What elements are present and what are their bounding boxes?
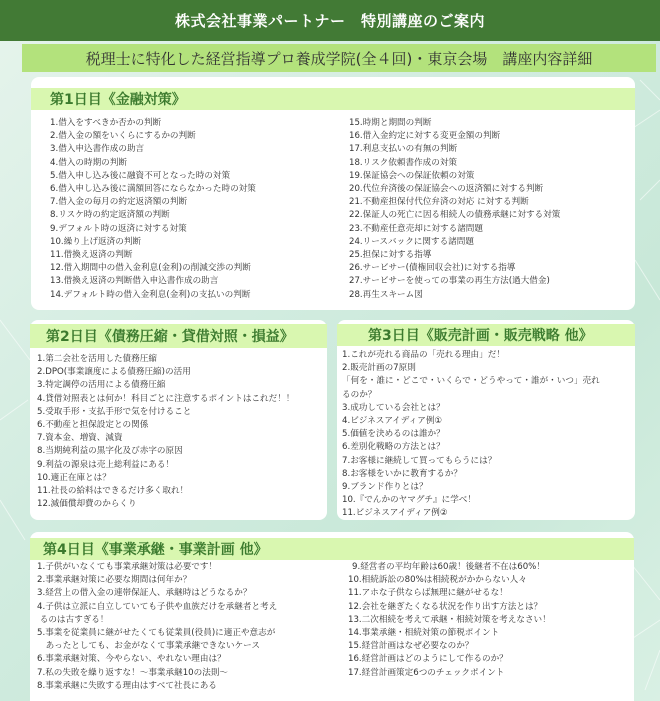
list-item: 12.会社を継ぎたくなる状況を作り出す方法とは？: [348, 601, 551, 614]
day1-list-right: 15.時期と期間の判断 16.借入金約定に対する変更金額の判断 17.利息支払い…: [349, 117, 560, 302]
list-item: 11.ビジネスアイディア例②: [342, 507, 600, 520]
list-item: 6.不動産と担保設定との関係: [37, 419, 294, 432]
list-item: 13.借換え返済の判断借入申込書作成の助言: [50, 275, 256, 288]
list-item: 18.リスク依頼書作成の対策: [349, 157, 560, 170]
list-item: 9.利益の源泉は売上総利益にある！: [37, 459, 294, 472]
list-item: 2.DPO(事業譲度による債務圧縮)の活用: [37, 366, 294, 379]
list-item: 6.事業承継対策、今やらない、やれない理由は？: [37, 653, 277, 666]
day4-list-left: 1.子供がいなくても事業承継対策は必要です！ 2.事業承継対策に必要な期間は何年…: [37, 561, 277, 693]
list-item: 7.資本金、増資、減資: [37, 432, 294, 445]
header-title: 株式会社事業パートナー 特別講座のご案内: [175, 10, 485, 31]
list-item: 1.子供がいなくても事業承継対策は必要です！: [37, 561, 277, 574]
day1-list-left: 1.借入をすべきか否かの判断 2.借入金の額をいくらにするかの判断 3.借入申込…: [50, 117, 256, 302]
list-item: 22.保証人の死亡に因る相続人の債務承継に対する対策: [349, 209, 560, 222]
list-item: 11.社長の給料はできるだけ多く取れ！: [37, 485, 294, 498]
list-item: 3.成功している会社とは？: [342, 402, 600, 415]
list-item: 12.減価償却費のからくり: [37, 498, 294, 511]
list-item: 6.差別化戦略の方法とは？: [342, 441, 600, 454]
list-item: 15.時期と期間の判断: [349, 117, 560, 130]
list-item: るのは古すぎる！: [37, 614, 277, 627]
list-item: 16.借入金約定に対する変更金額の判断: [349, 130, 560, 143]
day4-title-bar: 第4日目《事業承継・事業計画 他》: [30, 538, 634, 560]
list-item: 24.リースバックに関する諸問題: [349, 236, 560, 249]
day3-title: 第3日目《販売計画・販売戦略 他》: [368, 325, 593, 345]
list-item: 1.借入をすべきか否かの判断: [50, 117, 256, 130]
day4-list-right: 9.経営者の平均年齢は60歳！後継者不在は60%！ 10.相続訴訟の80%は相続…: [348, 561, 551, 680]
day1-title: 第1日目《金融対策》: [50, 89, 186, 109]
list-item: るのか？: [342, 389, 600, 402]
list-item: 26.サービサー(債権回収会社)に対する指導: [349, 262, 560, 275]
list-item: 8.事業承継に失敗する理由はすべて社長にある: [37, 680, 277, 693]
list-item: 5.受取手形・支払手形で気を付けること: [37, 406, 294, 419]
list-item: 16.経営計画はどのようにして作るのか？: [348, 653, 551, 666]
list-item: 10.『でんかのヤマグチ』に学べ！: [342, 494, 600, 507]
list-item: 21.不動産担保付代位弁済の対応 に対する判断: [349, 196, 560, 209]
list-item: 15.経営計画はなぜ必要なのか？: [348, 640, 551, 653]
day3-card: 第3日目《販売計画・販売戦略 他》 1.これが売れる商品の「売れる理由」だ！ 2…: [337, 320, 635, 520]
course-subtitle: 税理士に特化した経営指導プロ養成学院(全４回)・東京会場 講座内容詳細: [86, 48, 593, 69]
list-item: 1.第二会社を活用した債務圧縮: [37, 353, 294, 366]
list-item: 3.借入申込書作成の助言: [50, 143, 256, 156]
day3-list: 1.これが売れる商品の「売れる理由」だ！ 2.販売計画の7原則 「何を・誰に・ど…: [342, 349, 600, 521]
day4-title: 第4日目《事業承継・事業計画 他》: [43, 539, 268, 559]
list-item: 2.借入金の額をいくらにするかの判断: [50, 130, 256, 143]
list-item: 17.経営計画策定6つのチェックポイント: [348, 667, 551, 680]
list-item: 8.リスケ時の約定返済額の判断: [50, 209, 256, 222]
list-item: 5.価値を決めるのは誰か？: [342, 428, 600, 441]
day4-card: 第4日目《事業承継・事業計画 他》 1.子供がいなくても事業承継対策は必要です！…: [30, 532, 634, 701]
list-item: 10.適正在庫とは？: [37, 472, 294, 485]
page-header: 株式会社事業パートナー 特別講座のご案内: [0, 0, 660, 41]
day3-title-bar: 第3日目《販売計画・販売戦略 他》: [337, 324, 635, 346]
list-item: 14.事業承継・相続対策の節税ポイント: [348, 627, 551, 640]
list-item: 8.当期純利益の黒字化及び赤字の原因: [37, 445, 294, 458]
list-item: 13.二次相続を考えて承継・相続対策を考えなさい！: [348, 614, 551, 627]
day2-title: 第2日目《債務圧縮・貸借対照・損益》: [46, 326, 294, 346]
list-item: 1.これが売れる商品の「売れる理由」だ！: [342, 349, 600, 362]
list-item: 4.貸借対照表とは何か！科目ごとに注意するポイントはこれだ！！: [37, 393, 294, 406]
day2-card: 第2日目《債務圧縮・貸借対照・損益》 1.第二会社を活用した債務圧縮 2.DPO…: [30, 320, 327, 520]
list-item: 9.デフォルト時の返済に対する対策: [50, 223, 256, 236]
list-item: 3.経営上の借入金の連帯保証人、承継時はどうなるか？: [37, 587, 277, 600]
list-item: 20.代位弁済後の保証協会への返済額に対する判断: [349, 183, 560, 196]
list-item: 11.借換え返済の判断: [50, 249, 256, 262]
list-item: 9.経営者の平均年齢は60歳！後継者不在は60%！: [348, 561, 551, 574]
list-item: 6.借入申し込み後に満額回答にならなかった時の対策: [50, 183, 256, 196]
day1-card: 第1日目《金融対策》 1.借入をすべきか否かの判断 2.借入金の額をいくらにする…: [31, 77, 635, 310]
list-item: 2.販売計画の7原則: [342, 362, 600, 375]
list-item: 5.事業を従業員に継がせたくても従業員(役員)に適正や意志が: [37, 627, 277, 640]
day1-title-bar: 第1日目《金融対策》: [31, 88, 635, 110]
course-subtitle-banner: 税理士に特化した経営指導プロ養成学院(全４回)・東京会場 講座内容詳細: [22, 44, 656, 72]
list-item: 7.私の失敗を繰り返すな！～事業承継10の法則～: [37, 667, 277, 680]
list-item: 25.担保に対する指導: [349, 249, 560, 262]
list-item: 10.相続訴訟の80%は相続税がかからない人々: [348, 574, 551, 587]
list-item: 17.利息支払いの有無の判断: [349, 143, 560, 156]
list-item: 3.特定調停の活用による債務圧縮: [37, 379, 294, 392]
list-item: 4.子供は立派に自立していても子供や血族だけを承継者と考え: [37, 601, 277, 614]
list-item: 23.不動産任意売却に対する諸問題: [349, 223, 560, 236]
list-item: 27.サービサーを使っての事業の再生方法(過大借金): [349, 275, 560, 288]
list-item: 4.ビジネスアイディア例①: [342, 415, 600, 428]
list-item: 2.事業承継対策に必要な期間は何年か？: [37, 574, 277, 587]
list-item: あったとしても、お金がなくて事業承継できないケース: [37, 640, 277, 653]
list-item: 10.繰り上げ返済の判断: [50, 236, 256, 249]
list-item: 11.アホな子供ならば無理に継がせるな！: [348, 587, 551, 600]
list-item: 「何を・誰に・どこで・いくらで・どうやって・誰が・いつ」売れ: [342, 375, 600, 388]
list-item: 14.デフォルト時の借入金利息(金利)の支払いの判断: [50, 289, 256, 302]
list-item: 28.再生スキーム図: [349, 289, 560, 302]
list-item: 9.ブランド作りとは？: [342, 481, 600, 494]
list-item: 12.借入期間中の借入金利息(金利)の削減交渉の判断: [50, 262, 256, 275]
day2-title-bar: 第2日目《債務圧縮・貸借対照・損益》: [30, 324, 327, 348]
day2-list: 1.第二会社を活用した債務圧縮 2.DPO(事業譲度による債務圧縮)の活用 3.…: [37, 353, 294, 511]
list-item: 4.借入の時期の判断: [50, 157, 256, 170]
list-item: 19.保証協会への保証依頼の対策: [349, 170, 560, 183]
list-item: 5.借入申し込み後に融資不可となった時の対策: [50, 170, 256, 183]
list-item: 7.お客様に継続して買ってもらうには？: [342, 455, 600, 468]
list-item: 8.お客様をいかに教育するか？: [342, 468, 600, 481]
list-item: 7.借入金の毎月の約定返済額の判断: [50, 196, 256, 209]
